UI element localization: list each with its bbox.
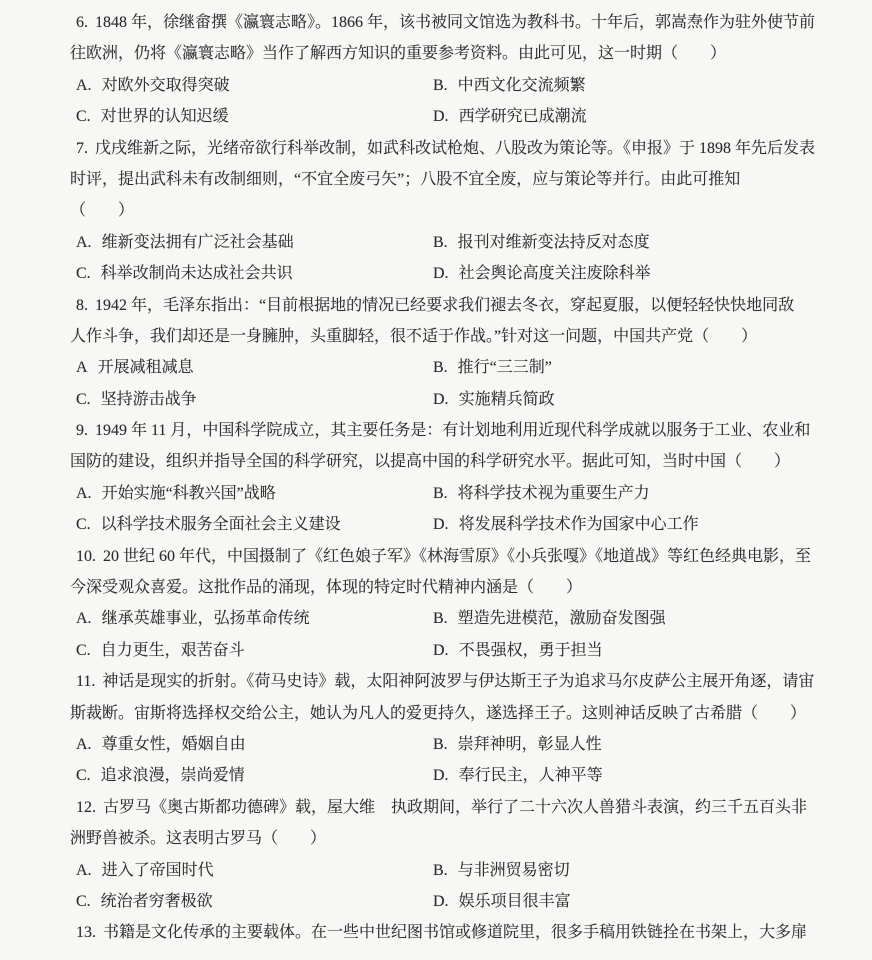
- option-text: 对欧外交取得突破: [102, 77, 230, 94]
- option-label: B.: [433, 736, 448, 753]
- option-text: 娱乐项目很丰富: [459, 893, 571, 910]
- question-number: 7.: [76, 140, 88, 157]
- option-C: C.以科学技术服务全面社会主义建设: [76, 509, 433, 540]
- option-text: 继承英雄事业，弘扬革命传统: [102, 610, 310, 627]
- option-text: 与非洲贸易密切: [458, 862, 570, 879]
- option-D: D.实施精兵简政: [433, 384, 822, 415]
- question-12: 12.古罗马《奥古斯都功德碑》载，屋大维 执政期间，举行了二十六次人兽猎斗表演，…: [76, 792, 822, 918]
- option-label: A.: [76, 610, 92, 627]
- option-row: C.坚持游击战争D.实施精兵简政: [76, 384, 822, 415]
- question-stem-line: 13.书籍是文化传承的主要载体。在一些中世纪图书馆或修道院里，很多手稿用铁链拴在…: [76, 917, 822, 948]
- question-number: 9.: [76, 422, 88, 439]
- option-text: 尊重女性，婚姻自由: [102, 736, 246, 753]
- option-text: 崇拜神明，彰显人性: [458, 736, 602, 753]
- option-A: A.维新变法拥有广泛社会基础: [76, 227, 433, 258]
- option-A: A.继承英雄事业，弘扬革命传统: [76, 603, 433, 634]
- option-text: 将发展科学技术作为国家中心工作: [459, 516, 699, 533]
- question-stem-wrap-line: 洲野兽被杀。这表明古罗马（ ）: [70, 823, 822, 854]
- option-label: C.: [76, 642, 91, 659]
- question-stem-text: 古罗马《奥古斯都功德碑》载，屋大维 执政期间，举行了二十六次人兽猎斗表演，约三千…: [103, 799, 807, 816]
- question-stem-line: 8.1942 年，毛泽东指出：“目前根据地的情况已经要求我们褪去冬衣，穿起夏服，…: [76, 290, 822, 321]
- option-B: B.崇拜神明，彰显人性: [433, 729, 822, 760]
- option-A: A.开始实施“科教兴国”战略: [76, 478, 433, 509]
- option-text: 实施精兵简政: [459, 391, 555, 408]
- question-stem-wrap-line: 时评，提出武科未有改制细则，“不宜全废弓矢”；八股不宜全废，应与策论等并行。由此…: [70, 164, 822, 195]
- option-text: 以科学技术服务全面社会主义建设: [101, 516, 341, 533]
- question-stem-wrap-line: 人作斗争，我们却还是一身臃肿，头重脚轻，很不适于作战。”针对这一问题，中国共产党…: [70, 321, 822, 352]
- option-D: D.将发展科学技术作为国家中心工作: [433, 509, 822, 540]
- option-B: B.塑造先进模范，激励奋发图强: [433, 603, 822, 634]
- option-label: C.: [76, 516, 91, 533]
- question-stem-text: 1942 年，毛泽东指出：“目前根据地的情况已经要求我们褪去冬衣，穿起夏服，以便…: [95, 297, 794, 314]
- option-text: 科举改制尚未达成社会共识: [101, 265, 293, 282]
- option-row: A.对欧外交取得突破B.中西文化交流频繁: [76, 70, 822, 101]
- option-text: 不畏强权，勇于担当: [459, 642, 603, 659]
- option-D: D.社会舆论高度关注废除科举: [433, 258, 822, 289]
- option-A: A.对欧外交取得突破: [76, 70, 433, 101]
- option-text: 中西文化交流频繁: [458, 77, 586, 94]
- option-text: 塑造先进模范，激励奋发图强: [458, 610, 666, 627]
- option-label: A: [76, 359, 88, 376]
- option-label: B.: [433, 485, 448, 502]
- option-D: D.娱乐项目很丰富: [433, 886, 822, 917]
- option-C: C.自力更生，艰苦奋斗: [76, 635, 433, 666]
- option-D: D.不畏强权，勇于担当: [433, 635, 822, 666]
- option-label: D.: [433, 516, 449, 533]
- question-number: 8.: [76, 297, 88, 314]
- question-10: 10.20 世纪 60 年代，中国摄制了《红色娘子军》《林海雪原》《小兵张嘎》《…: [76, 541, 822, 667]
- option-label: C.: [76, 893, 91, 910]
- option-A: A.进入了帝国时代: [76, 855, 433, 886]
- option-label: B.: [433, 862, 448, 879]
- option-C: C.坚持游击战争: [76, 384, 433, 415]
- question-9: 9.1949 年 11 月，中国科学院成立，其主要任务是：有计划地利用近现代科学…: [76, 415, 822, 541]
- option-label: B.: [433, 77, 448, 94]
- question-stem-line: 12.古罗马《奥古斯都功德碑》载，屋大维 执政期间，举行了二十六次人兽猎斗表演，…: [76, 792, 822, 823]
- question-8: 8.1942 年，毛泽东指出：“目前根据地的情况已经要求我们褪去冬衣，穿起夏服，…: [76, 290, 822, 416]
- question-13: 13.书籍是文化传承的主要载体。在一些中世纪图书馆或修道院里，很多手稿用铁链拴在…: [76, 917, 822, 948]
- option-row: C.对世界的认知迟缓D.西学研究已成潮流: [76, 101, 822, 132]
- question-stem-wrap-line: 斯裁断。宙斯将选择权交给公主，她认为凡人的爱更持久，遂选择王子。这则神话反映了古…: [70, 698, 822, 729]
- option-label: A.: [76, 234, 92, 251]
- option-B: B.推行“三三制”: [433, 352, 822, 383]
- option-label: B.: [433, 359, 448, 376]
- question-stem-line: 7.戊戌维新之际，光绪帝欲行科举改制，如武科改试枪炮、八股改为策论等。《申报》于…: [76, 133, 822, 164]
- option-label: D.: [433, 391, 449, 408]
- option-label: A.: [76, 862, 92, 879]
- option-text: 对世界的认知迟缓: [101, 108, 229, 125]
- option-row: A开展减租减息B.推行“三三制”: [76, 352, 822, 383]
- option-C: C.对世界的认知迟缓: [76, 101, 433, 132]
- question-stem-line: 6.1848 年，徐继畲撰《瀛寰志略》。1866 年，该书被同文馆选为教科书。十…: [76, 7, 822, 38]
- option-text: 推行“三三制”: [458, 359, 552, 376]
- option-label: C.: [76, 265, 91, 282]
- option-text: 将科学技术视为重要生产力: [458, 485, 650, 502]
- question-stem-text: 20 世纪 60 年代，中国摄制了《红色娘子军》《林海雪原》《小兵张嘎》《地道战…: [103, 548, 811, 565]
- question-stem-line: 10.20 世纪 60 年代，中国摄制了《红色娘子军》《林海雪原》《小兵张嘎》《…: [76, 541, 822, 572]
- option-D: D.奉行民主，人神平等: [433, 760, 822, 791]
- question-stem-wrap-line: （ ）: [70, 195, 822, 226]
- option-label: D.: [433, 108, 449, 125]
- question-7: 7.戊戌维新之际，光绪帝欲行科举改制，如武科改试枪炮、八股改为策论等。《申报》于…: [76, 133, 822, 290]
- option-label: C.: [76, 108, 91, 125]
- option-text: 开始实施“科教兴国”战略: [102, 485, 276, 502]
- option-row: C.统治者穷奢极欲D.娱乐项目很丰富: [76, 886, 822, 917]
- option-label: A.: [76, 736, 92, 753]
- option-text: 报刊对维新变法持反对态度: [458, 234, 650, 251]
- option-label: D.: [433, 767, 449, 784]
- question-stem-line: 11.神话是现实的折射。《荷马史诗》载，太阳神阿波罗与伊达斯王子为追求马尔皮萨公…: [76, 666, 822, 697]
- exam-document-page: 6.1848 年，徐继畲撰《瀛寰志略》。1866 年，该书被同文馆选为教科书。十…: [0, 0, 872, 960]
- option-row: C.以科学技术服务全面社会主义建设D.将发展科学技术作为国家中心工作: [76, 509, 822, 540]
- option-text: 进入了帝国时代: [102, 862, 214, 879]
- question-stem-text: 戊戌维新之际，光绪帝欲行科举改制，如武科改试枪炮、八股改为策论等。《申报》于 1…: [95, 140, 815, 157]
- question-stem-text: 1848 年，徐继畲撰《瀛寰志略》。1866 年，该书被同文馆选为教科书。十年后…: [95, 14, 815, 31]
- option-label: B.: [433, 234, 448, 251]
- option-label: C.: [76, 767, 91, 784]
- option-A: A开展减租减息: [76, 352, 433, 383]
- option-C: C.科举改制尚未达成社会共识: [76, 258, 433, 289]
- option-label: D.: [433, 893, 449, 910]
- option-label: C.: [76, 391, 91, 408]
- question-stem-wrap-line: 往欧洲，仍将《瀛寰志略》当作了解西方知识的重要参考资料。由此可见，这一时期（ ）: [70, 38, 822, 69]
- question-stem-line: 9.1949 年 11 月，中国科学院成立，其主要任务是：有计划地利用近现代科学…: [76, 415, 822, 446]
- option-row: C.科举改制尚未达成社会共识D.社会舆论高度关注废除科举: [76, 258, 822, 289]
- option-label: D.: [433, 642, 449, 659]
- question-stem-text: 1949 年 11 月，中国科学院成立，其主要任务是：有计划地利用近现代科学成就…: [95, 422, 810, 439]
- option-text: 维新变法拥有广泛社会基础: [102, 234, 294, 251]
- option-label: A.: [76, 77, 92, 94]
- option-text: 追求浪漫，崇尚爱情: [101, 767, 245, 784]
- option-B: B.报刊对维新变法持反对态度: [433, 227, 822, 258]
- question-stem-text: 书籍是文化传承的主要载体。在一些中世纪图书馆或修道院里，很多手稿用铁链拴在书架上…: [103, 924, 807, 941]
- option-row: A.维新变法拥有广泛社会基础B.报刊对维新变法持反对态度: [76, 227, 822, 258]
- option-text: 统治者穷奢极欲: [101, 893, 213, 910]
- option-text: 社会舆论高度关注废除科举: [459, 265, 651, 282]
- question-11: 11.神话是现实的折射。《荷马史诗》载，太阳神阿波罗与伊达斯王子为追求马尔皮萨公…: [76, 666, 822, 792]
- option-D: D.西学研究已成潮流: [433, 101, 822, 132]
- option-row: A.尊重女性，婚姻自由B.崇拜神明，彰显人性: [76, 729, 822, 760]
- option-text: 坚持游击战争: [101, 391, 197, 408]
- option-B: B.将科学技术视为重要生产力: [433, 478, 822, 509]
- question-6: 6.1848 年，徐继畲撰《瀛寰志略》。1866 年，该书被同文馆选为教科书。十…: [76, 7, 822, 133]
- option-row: A.开始实施“科教兴国”战略B.将科学技术视为重要生产力: [76, 478, 822, 509]
- question-stem-wrap-line: 今深受观众喜爱。这批作品的涌现，体现的特定时代精神内涵是（ ）: [70, 572, 822, 603]
- option-C: C.追求浪漫，崇尚爱情: [76, 760, 433, 791]
- option-B: B.与非洲贸易密切: [433, 855, 822, 886]
- option-text: 西学研究已成潮流: [459, 108, 587, 125]
- option-text: 开展减租减息: [98, 359, 194, 376]
- option-row: A.继承英雄事业，弘扬革命传统B.塑造先进模范，激励奋发图强: [76, 603, 822, 634]
- option-label: D.: [433, 265, 449, 282]
- option-label: A.: [76, 485, 92, 502]
- option-text: 奉行民主，人神平等: [459, 767, 603, 784]
- question-list: 6.1848 年，徐继畲撰《瀛寰志略》。1866 年，该书被同文馆选为教科书。十…: [76, 7, 822, 949]
- option-label: B.: [433, 610, 448, 627]
- question-number: 6.: [76, 14, 88, 31]
- option-row: C.追求浪漫，崇尚爱情D.奉行民主，人神平等: [76, 760, 822, 791]
- option-B: B.中西文化交流频繁: [433, 70, 822, 101]
- option-row: A.进入了帝国时代B.与非洲贸易密切: [76, 855, 822, 886]
- option-text: 自力更生，艰苦奋斗: [101, 642, 245, 659]
- question-number: 13.: [76, 924, 96, 941]
- question-stem-wrap-line: 国防的建设，组织并指导全国的科学研究，以提高中国的科学研究水平。据此可知，当时中…: [70, 446, 822, 477]
- option-A: A.尊重女性，婚姻自由: [76, 729, 433, 760]
- question-number: 11.: [76, 673, 95, 690]
- question-number: 10.: [76, 548, 96, 565]
- option-row: C.自力更生，艰苦奋斗D.不畏强权，勇于担当: [76, 635, 822, 666]
- question-stem-text: 神话是现实的折射。《荷马史诗》载，太阳神阿波罗与伊达斯王子为追求马尔皮萨公主展开…: [102, 673, 814, 690]
- question-number: 12.: [76, 799, 96, 816]
- option-C: C.统治者穷奢极欲: [76, 886, 433, 917]
